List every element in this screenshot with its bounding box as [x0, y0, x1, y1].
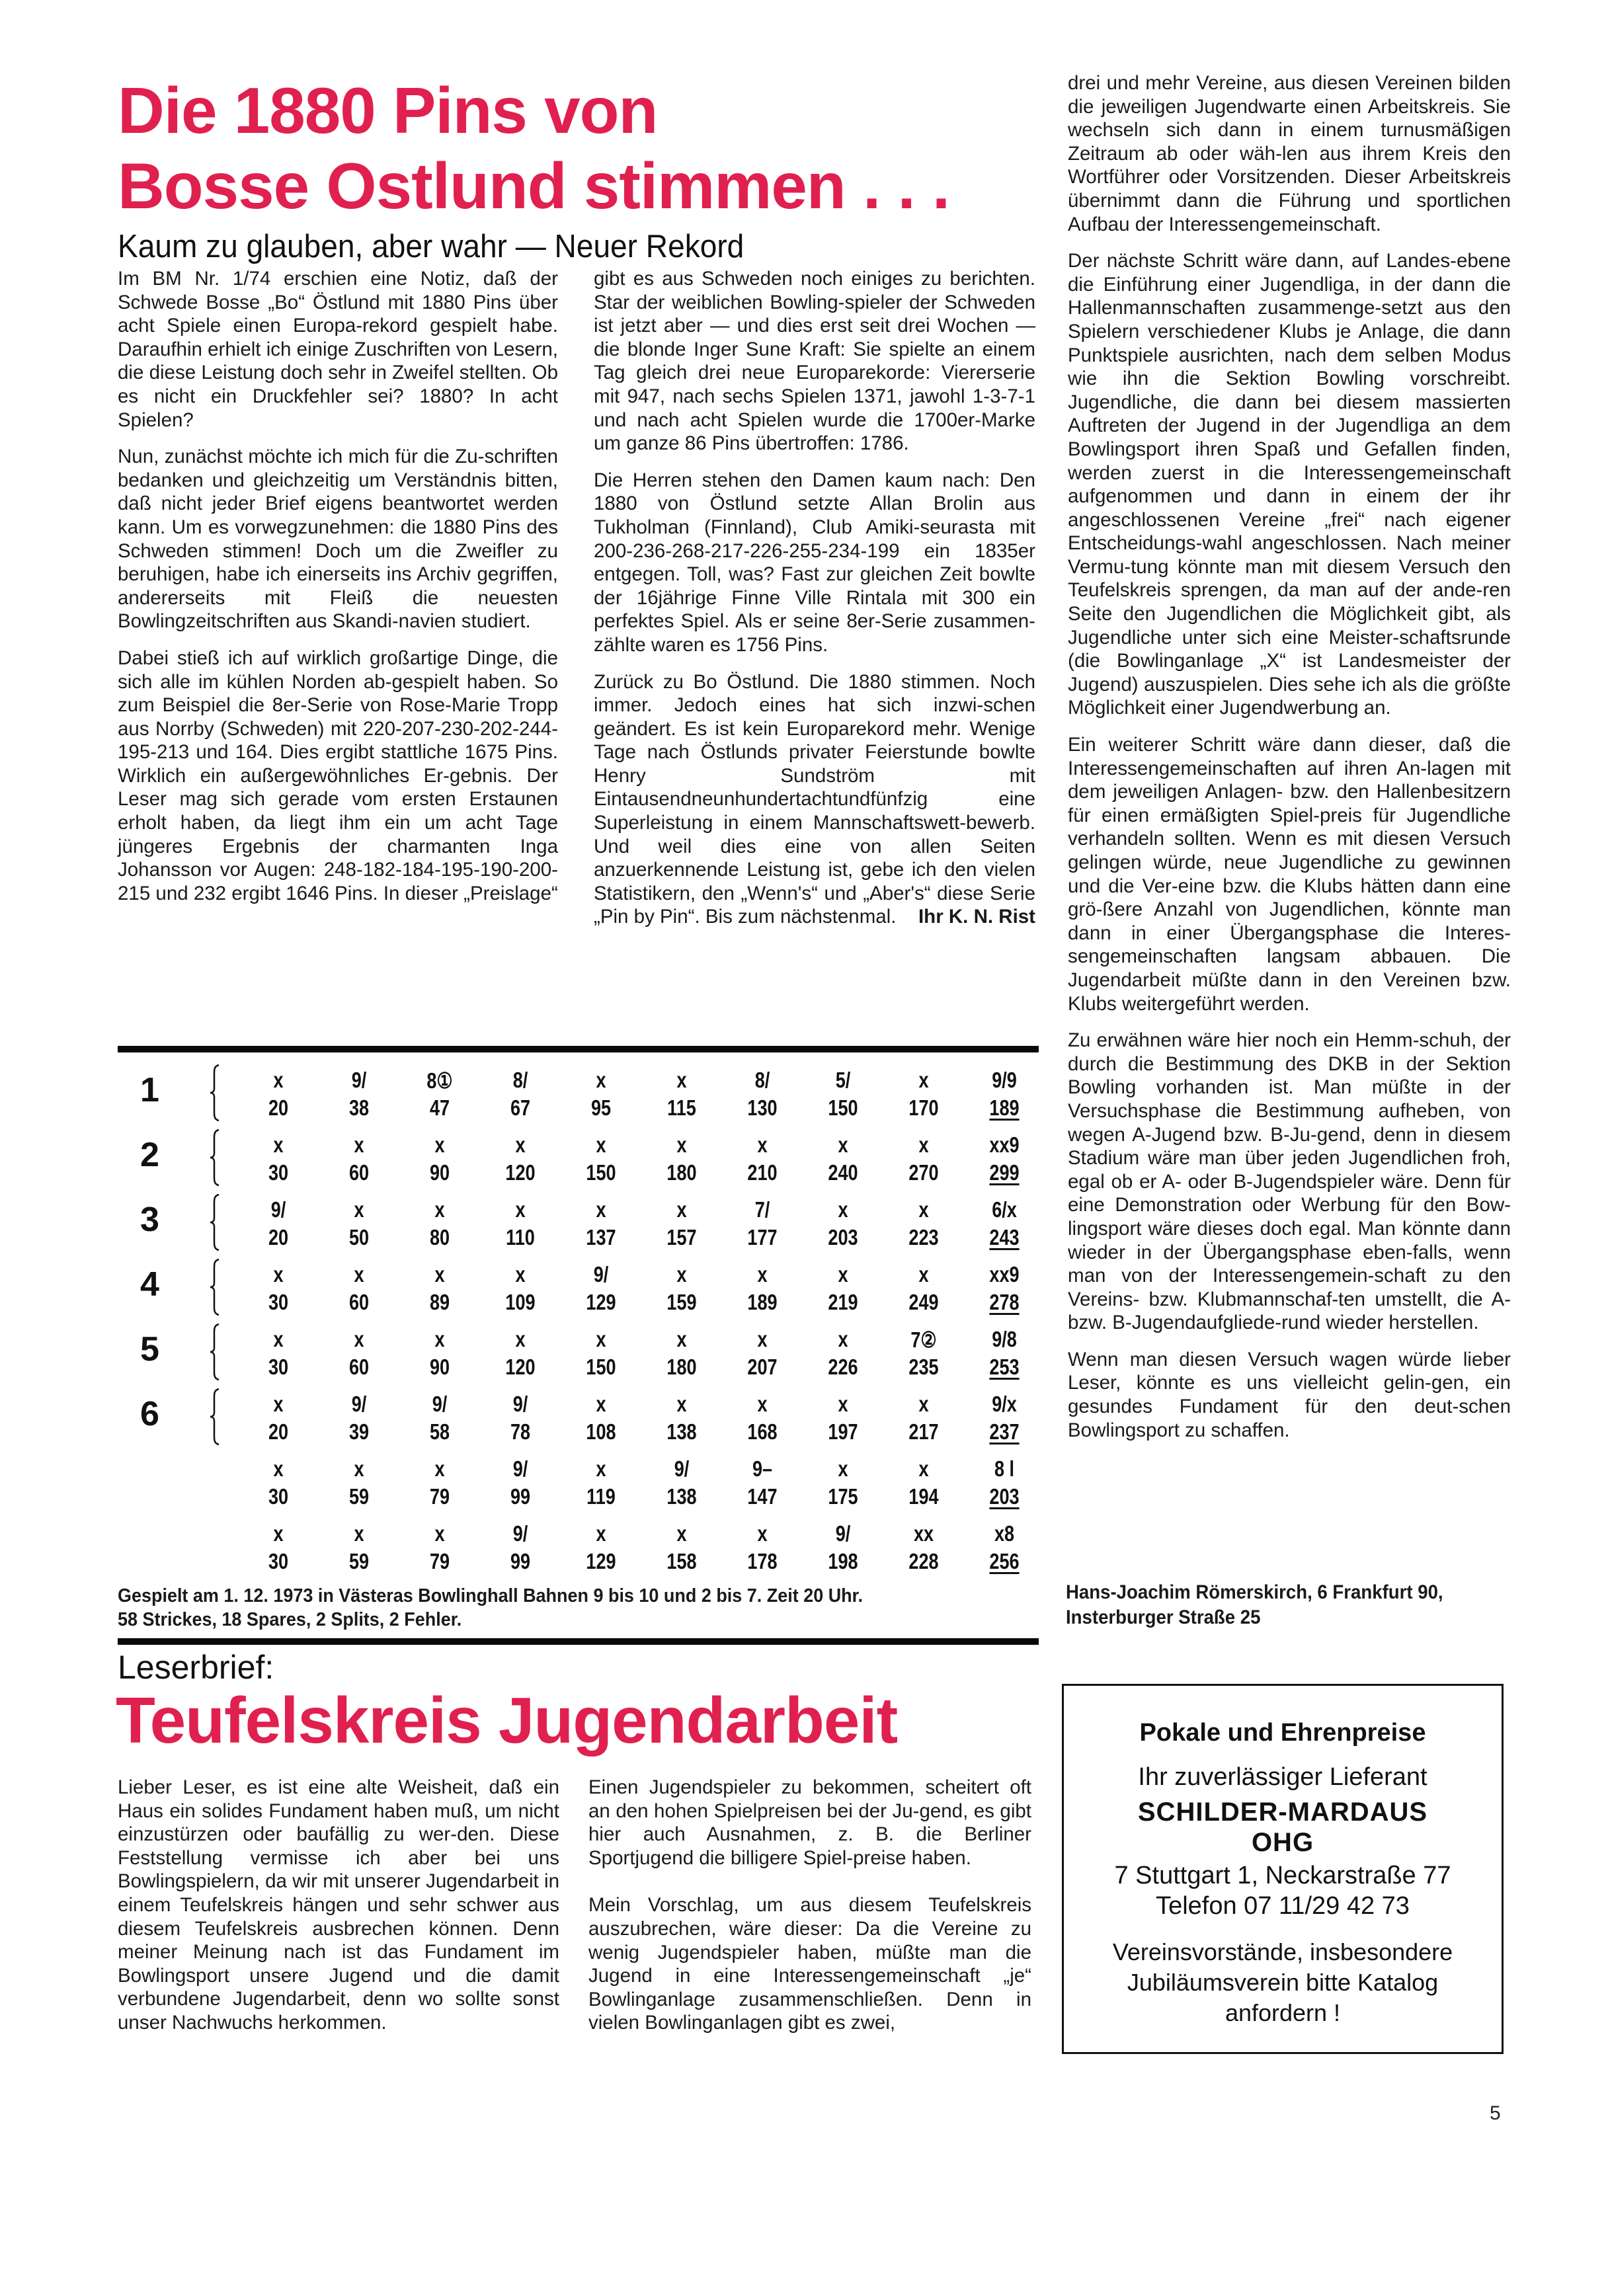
frame-total: 223: [891, 1225, 957, 1250]
frame-mark: 9/: [487, 1521, 553, 1546]
brace-icon: [208, 1258, 223, 1316]
ad-note-line: Jubiläumsverein bitte Katalog: [1064, 1967, 1502, 1998]
frame-mark: x: [568, 1456, 634, 1482]
frame-mark: x: [407, 1456, 473, 1482]
paragraph: Nun, zunächst möchte ich mich für die Zu…: [118, 445, 558, 633]
article2-overline: Leserbrief:: [118, 1648, 274, 1686]
frame-total: 80: [407, 1225, 473, 1250]
frame-mark: x: [649, 1068, 715, 1093]
frame-total: 299: [971, 1160, 1037, 1185]
game-number: 6: [140, 1394, 159, 1434]
frame-total: 158: [649, 1549, 715, 1574]
frame-mark: x: [245, 1068, 311, 1093]
paragraph: Lieber Leser, es ist eine alte Weisheit,…: [118, 1776, 559, 2035]
frame-total: 157: [649, 1225, 715, 1250]
frame-total: 67: [487, 1095, 553, 1121]
brace-icon: [208, 1128, 223, 1187]
frame-mark: x: [729, 1327, 795, 1353]
paragraph: Dabei stieß ich auf wirklich großartige …: [118, 647, 558, 906]
author-line: Hans-Joachim Römerskirch, 6 Frankfurt 90…: [1066, 1580, 1492, 1605]
frame-mark: x: [649, 1197, 715, 1222]
frame-total: 20: [245, 1095, 311, 1121]
frame-total: 30: [245, 1549, 311, 1574]
brace-icon: [208, 1323, 223, 1381]
frame-total: 197: [810, 1419, 876, 1445]
frame-mark: 8 l: [971, 1456, 1037, 1482]
frame-marks-row: x9/8①8/xx8/5/x9/9: [238, 1068, 1045, 1093]
frame-total: 99: [487, 1484, 553, 1509]
frame-mark: x: [810, 1392, 876, 1417]
frame-total: 38: [326, 1095, 392, 1121]
frame-total: 168: [729, 1419, 795, 1445]
frame-total: 129: [568, 1549, 634, 1574]
article-title-line-2: Bosse Ostlund stimmen . . .: [118, 153, 949, 218]
paragraph-text: Zurück zu Bo Östlund. Die 1880 stimmen. …: [594, 671, 1035, 928]
frame-marks-row: xxx9/xxx9/xxx8: [238, 1521, 1045, 1546]
frame-mark: x: [245, 1327, 311, 1353]
frame-total: 89: [407, 1290, 473, 1315]
ad-company-line: OHG: [1064, 1827, 1502, 1858]
frame-total: 120: [487, 1160, 553, 1185]
frame-total: 130: [729, 1095, 795, 1121]
frame-total: 60: [326, 1290, 392, 1315]
game-row: 4xxxx9/xxxxxx930608910912915918921924927…: [132, 1255, 1045, 1320]
article-subtitle: Kaum zu glauben, aber wahr — Neuer Rekor…: [118, 228, 744, 265]
frame-mark: x: [407, 1521, 473, 1546]
frame-totals-row: 306090120150180210240270299: [238, 1160, 1045, 1185]
game-row: xxx9/x9/9–xx8 l3059799911913814717519420…: [132, 1450, 1045, 1515]
frame-total: 228: [891, 1549, 957, 1574]
frame-total: 120: [487, 1355, 553, 1380]
frame-total: 79: [407, 1549, 473, 1574]
game-row: xxx9/xxx9/xxx830597999129158178198228256: [132, 1515, 1045, 1579]
frame-total: 99: [487, 1549, 553, 1574]
frame-total: 240: [810, 1160, 876, 1185]
frame-total: 109: [487, 1290, 553, 1315]
table-caption: Gespielt am 1. 12. 1973 in Västeras Bowl…: [118, 1584, 979, 1632]
frame-mark: 8/: [487, 1068, 553, 1093]
frame-mark: x: [326, 1132, 392, 1158]
game-row: 6x9/9/9/xxxxx9/x203958781081381681972172…: [132, 1385, 1045, 1450]
advertisement-box: Pokale und Ehrenpreise Ihr zuverlässiger…: [1062, 1684, 1504, 2054]
frame-mark: x: [487, 1197, 553, 1222]
frame-mark: x: [810, 1197, 876, 1222]
game-number: 1: [140, 1070, 159, 1110]
frame-mark: x: [487, 1132, 553, 1158]
frame-mark: x: [729, 1392, 795, 1417]
frame-total: 47: [407, 1095, 473, 1121]
frame-total: 20: [245, 1419, 311, 1445]
paragraph: Im BM Nr. 1/74 erschien eine Notiz, daß …: [118, 267, 558, 432]
frame-mark: 9/: [568, 1262, 634, 1287]
frame-total: 270: [891, 1160, 957, 1185]
frame-total: 150: [568, 1355, 634, 1380]
frame-total: 253: [971, 1355, 1037, 1380]
game-row: 1x9/8①8/xx8/5/x9/92038476795115130150170…: [132, 1061, 1045, 1126]
frame-total: 115: [649, 1095, 715, 1121]
frame-mark: x: [487, 1327, 553, 1353]
frame-mark: x: [649, 1521, 715, 1546]
frame-total: 210: [729, 1160, 795, 1185]
frame-total: 189: [729, 1290, 795, 1315]
frame-mark: x: [729, 1262, 795, 1287]
frame-mark: x: [649, 1132, 715, 1158]
frame-total: 110: [487, 1225, 553, 1250]
frame-marks-row: 9/xxxxx7/xx6/x: [238, 1197, 1045, 1222]
paragraph: drei und mehr Vereine, aus diesen Verein…: [1068, 71, 1511, 236]
article-title-line-1: Die 1880 Pins von: [118, 78, 657, 143]
frame-totals-row: 20395878108138168197217237: [238, 1419, 1045, 1445]
ad-heading: Pokale und Ehrenpreise: [1064, 1719, 1502, 1747]
divider-rule: [118, 1638, 1039, 1645]
frame-total: 180: [649, 1355, 715, 1380]
frame-mark: x: [891, 1262, 957, 1287]
frame-mark: xx9: [971, 1132, 1037, 1158]
frame-mark: 9/: [810, 1521, 876, 1546]
frame-total: 203: [810, 1225, 876, 1250]
frame-mark: x: [245, 1262, 311, 1287]
frame-mark: x: [487, 1262, 553, 1287]
frame-mark: x: [568, 1132, 634, 1158]
frame-total: 226: [810, 1355, 876, 1380]
game-row: 39/xxxxx7/xx6/x2050801101371571772032232…: [132, 1191, 1045, 1255]
frame-total: 243: [971, 1225, 1037, 1250]
ad-phone: Telefon 07 11/29 42 73: [1064, 1891, 1502, 1921]
game-row: 5xxxxxxxx7②9/830609012015018020722623525…: [132, 1320, 1045, 1385]
frame-mark: x: [407, 1327, 473, 1353]
ad-note-line: anfordern !: [1064, 1998, 1502, 2028]
game-row: 2xxxxxxxxxxx9306090120150180210240270299: [132, 1126, 1045, 1191]
divider-rule: [118, 1046, 1039, 1052]
frame-mark: 9–: [729, 1456, 795, 1482]
frame-total: 90: [407, 1160, 473, 1185]
paragraph: Ein weiterer Schritt wäre dann dieser, d…: [1068, 733, 1511, 1015]
frame-total: 108: [568, 1419, 634, 1445]
frame-mark: x: [326, 1262, 392, 1287]
frame-total: 59: [326, 1484, 392, 1509]
frame-total: 198: [810, 1549, 876, 1574]
frame-total: 177: [729, 1225, 795, 1250]
frame-mark: x: [326, 1521, 392, 1546]
frame-mark: x: [891, 1197, 957, 1222]
frame-total: 217: [891, 1419, 957, 1445]
frame-mark: 9/: [407, 1392, 473, 1417]
paragraph: Zurück zu Bo Östlund. Die 1880 stimmen. …: [594, 670, 1035, 930]
letter-author: Hans-Joachim Römerskirch, 6 Frankfurt 90…: [1066, 1580, 1492, 1630]
frame-total: 30: [245, 1355, 311, 1380]
frame-mark: x: [407, 1197, 473, 1222]
paragraph: Zu erwähnen wäre hier noch ein Hemm-schu…: [1068, 1029, 1511, 1335]
frame-total: 159: [649, 1290, 715, 1315]
frame-marks-row: x9/9/9/xxxxx9/x: [238, 1392, 1045, 1417]
frame-mark: x: [891, 1392, 957, 1417]
ad-address: 7 Stuttgart 1, Neckarstraße 77: [1064, 1860, 1502, 1891]
frame-mark: x: [729, 1521, 795, 1546]
frame-mark: x: [326, 1197, 392, 1222]
frame-total: 119: [568, 1484, 634, 1509]
caption-line: Gespielt am 1. 12. 1973 in Västeras Bowl…: [118, 1584, 979, 1608]
frame-marks-row: xxx9/x9/9–xx8 l: [238, 1456, 1045, 1482]
frame-mark: x: [810, 1327, 876, 1353]
frame-mark: 7/: [729, 1197, 795, 1222]
frame-mark: 9/: [326, 1392, 392, 1417]
frame-total: 95: [568, 1095, 634, 1121]
frame-mark: x: [407, 1132, 473, 1158]
frame-mark: 5/: [810, 1068, 876, 1093]
frame-total: 150: [810, 1095, 876, 1121]
frame-totals-row: 306089109129159189219249278: [238, 1290, 1045, 1315]
frame-total: 60: [326, 1355, 392, 1380]
frame-mark: x: [810, 1456, 876, 1482]
frame-total: 90: [407, 1355, 473, 1380]
frame-mark: 9/: [487, 1456, 553, 1482]
paragraph: gibt es aus Schweden noch einiges zu ber…: [594, 267, 1035, 455]
paragraph: Der nächste Schritt wäre dann, auf Lande…: [1068, 249, 1511, 720]
frame-mark: 9/8: [971, 1327, 1037, 1353]
frame-total: 30: [245, 1160, 311, 1185]
frame-total: 129: [568, 1290, 634, 1315]
article1-column-1: Im BM Nr. 1/74 erschien eine Notiz, daß …: [118, 267, 558, 918]
frame-mark: x: [568, 1068, 634, 1093]
frame-total: 278: [971, 1290, 1037, 1315]
frame-total: 178: [729, 1549, 795, 1574]
paragraph: Wenn man diesen Versuch wagen würde lieb…: [1068, 1348, 1511, 1442]
frame-mark: x: [568, 1327, 634, 1353]
frame-mark: x: [891, 1068, 957, 1093]
frame-total: 170: [891, 1095, 957, 1121]
frame-total: 20: [245, 1225, 311, 1250]
caption-line: 58 Strickes, 18 Spares, 2 Splits, 2 Fehl…: [118, 1608, 979, 1632]
frame-mark: x: [245, 1392, 311, 1417]
frame-mark: 8①: [407, 1068, 473, 1093]
article2-title: Teufelskreis Jugendarbeit: [116, 1688, 897, 1753]
frame-mark: 9/x: [971, 1392, 1037, 1417]
frame-mark: 6/x: [971, 1197, 1037, 1222]
game-number: 5: [140, 1329, 159, 1369]
paragraph: Einen Jugendspieler zu bekommen, scheite…: [588, 1776, 1031, 1870]
ad-contact: 7 Stuttgart 1, Neckarstraße 77 Telefon 0…: [1064, 1860, 1502, 1921]
frame-total: 59: [326, 1549, 392, 1574]
frame-total: 50: [326, 1225, 392, 1250]
frame-mark: xx: [891, 1521, 957, 1546]
ad-tagline: Ihr zuverlässiger Lieferant: [1064, 1763, 1502, 1792]
frame-mark: x: [568, 1197, 634, 1222]
article2-column-3: drei und mehr Vereine, aus diesen Verein…: [1068, 71, 1511, 1455]
frame-total: 58: [407, 1419, 473, 1445]
frame-totals-row: 2038476795115130150170189: [238, 1095, 1045, 1121]
frame-mark: 9/: [649, 1456, 715, 1482]
frame-totals-row: 30597999129158178198228256: [238, 1549, 1045, 1574]
frame-total: 60: [326, 1160, 392, 1185]
article1-column-2: gibt es aus Schweden noch einiges zu ber…: [594, 267, 1035, 942]
frame-total: 138: [649, 1484, 715, 1509]
frame-total: 207: [729, 1355, 795, 1380]
game-number: 2: [140, 1135, 159, 1175]
frame-mark: x8: [971, 1521, 1037, 1546]
frame-mark: 8/: [729, 1068, 795, 1093]
ad-note: Vereinsvorstände, insbesondere Jubiläums…: [1064, 1937, 1502, 2028]
brace-icon: [208, 1064, 223, 1122]
frame-mark: x: [729, 1132, 795, 1158]
author-line: Insterburger Straße 25: [1066, 1605, 1492, 1630]
frame-total: 39: [326, 1419, 392, 1445]
frame-mark: x: [245, 1521, 311, 1546]
frame-totals-row: 205080110137157177203223243: [238, 1225, 1045, 1250]
page-number: 5: [1490, 2102, 1501, 2125]
game-number: 4: [140, 1265, 159, 1304]
frame-total: 30: [245, 1290, 311, 1315]
frame-total: 189: [971, 1095, 1037, 1121]
frame-marks-row: xxxxxxxx7②9/8: [238, 1327, 1045, 1353]
brace-icon: [208, 1388, 223, 1446]
paragraph: Mein Vorschlag, um aus diesem Teufelskre…: [588, 1893, 1031, 2035]
frame-mark: x: [245, 1456, 311, 1482]
frame-mark: x: [810, 1132, 876, 1158]
frame-mark: x: [407, 1262, 473, 1287]
frame-mark: x: [649, 1262, 715, 1287]
frame-mark: x: [649, 1327, 715, 1353]
frame-total: 79: [407, 1484, 473, 1509]
frame-mark: x: [245, 1132, 311, 1158]
frame-total: 138: [649, 1419, 715, 1445]
article2-column-1: Lieber Leser, es ist eine alte Weisheit,…: [118, 1776, 559, 2048]
signature: Ihr K. N. Rist: [918, 905, 1035, 929]
game-number: 3: [140, 1200, 159, 1240]
frame-total: 203: [971, 1484, 1037, 1509]
frame-mark: 7②: [891, 1327, 957, 1353]
frame-mark: 9/: [326, 1068, 392, 1093]
ad-note-line: Vereinsvorstände, insbesondere: [1064, 1937, 1502, 1967]
frame-mark: x: [891, 1456, 957, 1482]
frame-total: 256: [971, 1549, 1037, 1574]
ad-company: SCHILDER-MARDAUS OHG: [1064, 1797, 1502, 1858]
frame-marks-row: xxxxxxxxxxx9: [238, 1132, 1045, 1158]
frame-mark: x: [326, 1456, 392, 1482]
frame-total: 30: [245, 1484, 311, 1509]
frame-total: 180: [649, 1160, 715, 1185]
frame-total: 175: [810, 1484, 876, 1509]
frame-total: 235: [891, 1355, 957, 1380]
frame-mark: x: [891, 1132, 957, 1158]
frame-total: 194: [891, 1484, 957, 1509]
frame-mark: 9/: [487, 1392, 553, 1417]
frame-marks-row: xxxx9/xxxxxx9: [238, 1262, 1045, 1287]
ad-company-line: SCHILDER-MARDAUS: [1064, 1797, 1502, 1827]
paragraph: Die Herren stehen den Damen kaum nach: D…: [594, 469, 1035, 657]
frame-mark: 9/9: [971, 1068, 1037, 1093]
frame-mark: 9/: [245, 1197, 311, 1222]
frame-totals-row: 30597999119138147175194203: [238, 1484, 1045, 1509]
frame-total: 150: [568, 1160, 634, 1185]
frame-totals-row: 306090120150180207226235253: [238, 1355, 1045, 1380]
frame-mark: x: [326, 1327, 392, 1353]
frame-total: 137: [568, 1225, 634, 1250]
frame-total: 249: [891, 1290, 957, 1315]
frame-total: 219: [810, 1290, 876, 1315]
frame-total: 147: [729, 1484, 795, 1509]
score-table: 1x9/8①8/xx8/5/x9/92038476795115130150170…: [132, 1061, 1045, 1579]
frame-mark: xx9: [971, 1262, 1037, 1287]
frame-total: 237: [971, 1419, 1037, 1445]
article2-column-2: Einen Jugendspieler zu bekommen, scheite…: [588, 1776, 1031, 2048]
frame-mark: x: [810, 1262, 876, 1287]
brace-icon: [208, 1193, 223, 1251]
frame-mark: x: [568, 1392, 634, 1417]
frame-mark: x: [568, 1521, 634, 1546]
frame-total: 78: [487, 1419, 553, 1445]
frame-mark: x: [649, 1392, 715, 1417]
